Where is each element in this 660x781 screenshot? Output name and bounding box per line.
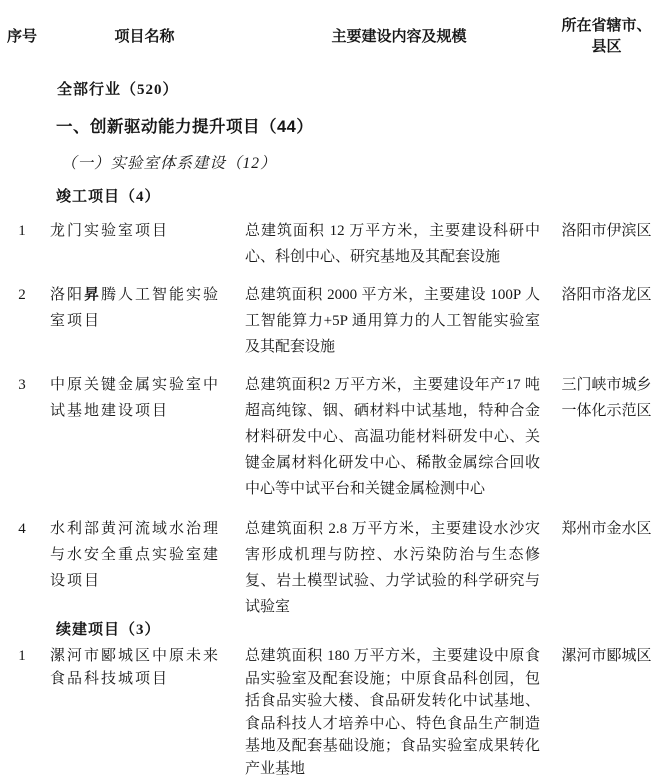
project-content: 总建筑面积 2.8 万平方米，主要建设水沙灾害形成机理与防控、水污染防治与生态修… <box>245 516 553 620</box>
row-number: 1 <box>0 645 44 780</box>
section-heading-continued: 续建项目（3） <box>56 620 660 640</box>
project-name: 水利部黄河流域水治理与水安全重点实验室建设项目 <box>44 516 245 620</box>
project-location: 三门峡市城乡一体化示范区 <box>553 372 660 502</box>
project-location: 郑州市金水区 <box>553 516 660 620</box>
project-name-part: 洛阳 <box>50 287 84 303</box>
table-row: 1 龙门实验室项目 总建筑面积 12 万平方米，主要建设科研中心、科创中心、研究… <box>0 218 660 270</box>
project-name: 龙门实验室项目 <box>44 218 245 270</box>
project-location: 漯河市郾城区 <box>553 645 660 780</box>
table-row: 2 洛阳昇腾人工智能实验室项目 总建筑面积 2000 平方米，主要建设 100P… <box>0 282 660 360</box>
column-header-project-name: 项目名称 <box>44 26 245 47</box>
project-name-highlight-char: 昇 <box>84 286 101 303</box>
project-content: 总建筑面积 180 万平方米，主要建设中原食品实验室及配套设施；中原食品科创园，… <box>245 645 553 780</box>
section-heading-category: 一、创新驱动能力提升项目（44） <box>56 116 660 138</box>
project-content: 总建筑面积 12 万平方米，主要建设科研中心、科创中心、研究基地及其配套设施 <box>245 218 553 270</box>
project-location: 洛阳市伊滨区 <box>553 218 660 270</box>
table-row: 3 中原关键金属实验室中试基地建设项目 总建筑面积2 万平方米，主要建设年产17… <box>0 372 660 502</box>
row-number: 4 <box>0 516 44 620</box>
project-location: 洛阳市洛龙区 <box>553 282 660 360</box>
section-heading-subcategory: （一）实验室体系建设（12） <box>61 153 660 174</box>
project-content: 总建筑面积 2000 平方米，主要建设 100P 人工智能算力+5P 通用算力的… <box>245 282 553 360</box>
section-heading-completed: 竣工项目（4） <box>56 187 660 207</box>
project-name: 洛阳昇腾人工智能实验室项目 <box>44 282 245 360</box>
project-name: 漯河市郾城区中原未来食品科技城项目 <box>44 645 245 780</box>
table-row: 1 漯河市郾城区中原未来食品科技城项目 总建筑面积 180 万平方米，主要建设中… <box>0 645 660 780</box>
project-content: 总建筑面积2 万平方米，主要建设年产17 吨超高纯镓、铟、硒材料中试基地，特种合… <box>245 372 553 502</box>
project-name: 中原关键金属实验室中试基地建设项目 <box>44 372 245 502</box>
section-heading-all-industries: 全部行业（520） <box>57 80 660 100</box>
document-page: 序号 项目名称 主要建设内容及规模 所在省辖市、县区 全部行业（520） 一、创… <box>0 0 660 781</box>
row-number: 3 <box>0 372 44 502</box>
row-number: 2 <box>0 282 44 360</box>
column-header-location: 所在省辖市、县区 <box>553 15 660 57</box>
column-header-content: 主要建设内容及规模 <box>245 26 553 47</box>
table-header-row: 序号 项目名称 主要建设内容及规模 所在省辖市、县区 <box>0 0 660 64</box>
column-header-no: 序号 <box>0 26 44 47</box>
row-number: 1 <box>0 218 44 270</box>
table-row: 4 水利部黄河流域水治理与水安全重点实验室建设项目 总建筑面积 2.8 万平方米… <box>0 516 660 620</box>
